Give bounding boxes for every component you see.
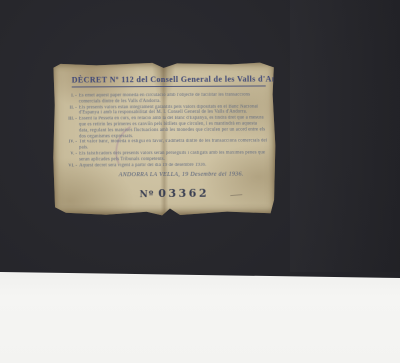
clause-numeral: V. - xyxy=(62,151,79,163)
clause-numeral: II. - xyxy=(62,105,79,117)
note-content: DÈCRET Nº 112 del Consell General de les… xyxy=(52,60,277,216)
clause-text: Aquest decret serà vigent a partir del d… xyxy=(79,162,268,169)
clause-text: Es emet aquest paper moneda en circulaci… xyxy=(79,92,268,105)
decree-clause: III. - Essent la Pesseta en curs, en rel… xyxy=(62,116,268,140)
clause-numeral: IV. - xyxy=(62,140,79,152)
clause-numeral: III. - xyxy=(62,117,79,140)
banknote: DÈCRET Nº 112 del Consell General de les… xyxy=(52,60,277,216)
clause-text: Els falsificadors dels presents valors s… xyxy=(79,150,268,163)
clause-numeral: VI. - xyxy=(62,163,79,169)
white-bottom-strip xyxy=(0,268,400,363)
clause-numeral: I. - xyxy=(62,93,79,105)
serial-number: Nº03362 xyxy=(52,186,276,200)
decree-title: DÈCRET Nº 112 del Consell General de les… xyxy=(72,74,266,87)
scanned-photo: DÈCRET Nº 112 del Consell General de les… xyxy=(0,0,400,363)
backdrop-sheen xyxy=(290,0,400,272)
serial-digits: 03362 xyxy=(158,187,209,200)
clause-text: Els presents valors estan íntegrament ga… xyxy=(79,104,268,117)
decree-clause: VI. - Aquest decret serà vigent a partir… xyxy=(62,162,268,169)
serial-label: Nº xyxy=(140,190,155,200)
dateline: ANDORRA LA VELLA, 19 Desembre del 1936. xyxy=(52,171,276,178)
clause-text: Tot valor banc, moneda o estigui en favo… xyxy=(79,139,268,152)
clause-text: Essent la Pesseta en curs, en relació am… xyxy=(79,116,268,140)
decree-clauses: I. - Es emet aquest paper moneda en circ… xyxy=(62,92,268,168)
